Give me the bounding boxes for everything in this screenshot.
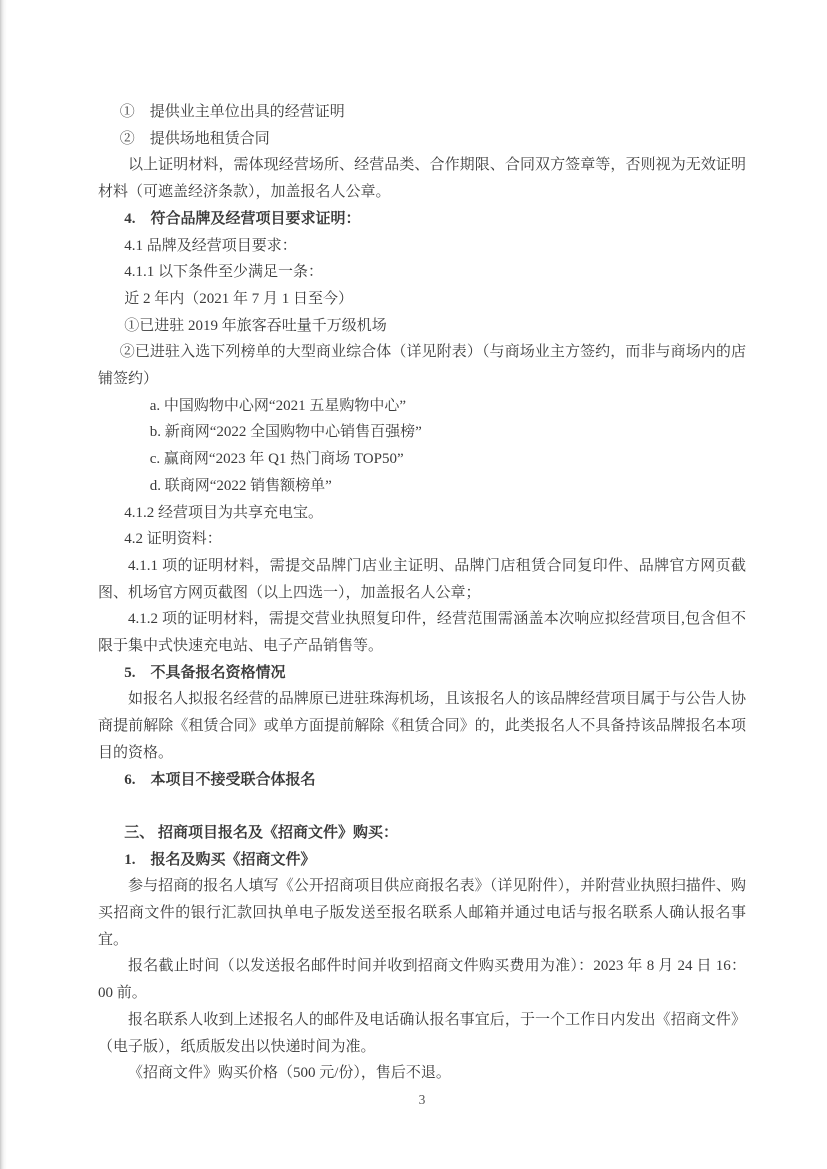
paragraph: c. 赢商网“2023 年 Q1 热门商场 TOP50” (98, 446, 746, 473)
paragraph: d. 联商网“2022 销售额榜单” (98, 473, 746, 500)
paragraph: 报名联系人收到上述报名人的邮件及电话确认报名事宜后，于一个工作日内发出《招商文件… (98, 1007, 746, 1060)
paragraph: 4.1.2 项的证明材料，需提交营业执照复印件，经营范围需涵盖本次响应拟经营项目… (98, 606, 746, 659)
paragraph: ②已进驻入选下列榜单的大型商业综合体（详见附表）（与商场业主方签约，而非与商场内… (98, 339, 746, 392)
paragraph: 4.2 证明资料： (98, 526, 746, 553)
paragraph: 以上证明材料，需体现经营场所、经营品类、合作期限、合同双方签章等，否则视为无效证… (98, 152, 746, 205)
paragraph: 4.1.2 经营项目为共享充电宝。 (98, 500, 746, 527)
paragraph: ② 提供场地租赁合同 (98, 126, 746, 153)
scan-left-edge (0, 0, 7, 1169)
heading-line: 1. 报名及购买《招商文件》 (98, 847, 746, 874)
paragraph: b. 新商网“2022 全国购物中心销售百强榜” (98, 419, 746, 446)
paragraph: 如报名人拟报名经营的品牌原已进驻珠海机场，且该报名人的该品牌经营项目属于与公告人… (98, 686, 746, 766)
paragraph: 4.1.1 项的证明材料，需提交品牌门店业主证明、品牌门店租赁合同复印件、品牌官… (98, 553, 746, 606)
heading-line: 4. 符合品牌及经营项目要求证明： (98, 206, 746, 233)
paragraph: 近 2 年内（2021 年 7 月 1 日至今） (98, 286, 746, 313)
heading-line: 6. 本项目不接受联合体报名 (98, 767, 746, 794)
page-number: 3 (98, 1092, 746, 1108)
paragraph: a. 中国购物中心网“2021 五星购物中心” (98, 393, 746, 420)
paragraph: ①已进驻 2019 年旅客吞吐量千万级机场 (98, 313, 746, 340)
document-body: ① 提供业主单位出具的经营证明② 提供场地租赁合同以上证明材料，需体现经营场所、… (98, 99, 746, 1087)
heading-line: 5. 不具备报名资格情况 (98, 660, 746, 687)
paragraph: ① 提供业主单位出具的经营证明 (98, 99, 746, 126)
blank-line (98, 793, 746, 820)
heading-line: 三、 招商项目报名及《招商文件》购买： (98, 820, 746, 847)
paragraph: 4.1.1 以下条件至少满足一条： (98, 259, 746, 286)
paragraph: 《招商文件》购买价格（500 元/份），售后不退。 (98, 1060, 746, 1087)
paragraph: 参与招商的报名人填写《公开招商项目供应商报名表》（详见附件），并附营业执照扫描件… (98, 873, 746, 953)
paragraph: 4.1 品牌及经营项目要求： (98, 233, 746, 260)
paragraph: 报名截止时间（以发送报名邮件时间并收到招商文件购买费用为准）：2023 年 8 … (98, 953, 746, 1006)
